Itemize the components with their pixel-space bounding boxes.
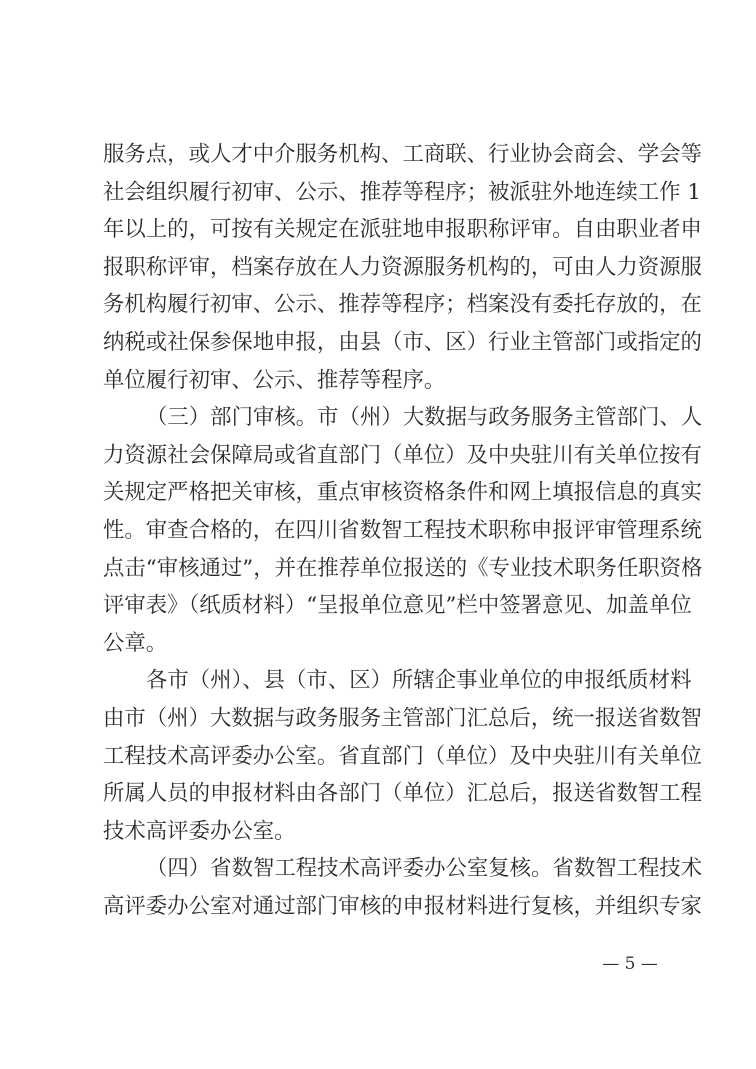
text-line: 高评委办公室对通过部门审核的申报材料进行复核，并组织专家 bbox=[103, 888, 659, 926]
document-page: 服务点，或人才中介服务机构、工商联、行业协会商会、学会等 社会组织履行初审、公示… bbox=[0, 0, 756, 1069]
section-heading-line: （三）部门审核。市（州）大数据与政务服务主管部门、人 bbox=[103, 399, 659, 437]
text-line: 所属人员的申报材料由各部门（单位）汇总后，报送省数智工程 bbox=[103, 775, 659, 813]
text-line: 单位履行初审、公示、推荐等程序。 bbox=[103, 362, 659, 400]
paragraph-start-line: 各市（州）、县（市、区）所辖企事业单位的申报纸质材料 bbox=[103, 662, 659, 700]
text-line: 由市（州）大数据与政务服务主管部门汇总后，统一报送省数智 bbox=[103, 700, 659, 738]
text-line: 纳税或社保参保地申报，由县（市、区）行业主管部门或指定的 bbox=[103, 324, 659, 362]
text-line: 服务点，或人才中介服务机构、工商联、行业协会商会、学会等 bbox=[103, 136, 659, 174]
text-line: 工程技术高评委办公室。省直部门（单位）及中央驻川有关单位 bbox=[103, 738, 659, 776]
body-text: 服务点，或人才中介服务机构、工商联、行业协会商会、学会等 社会组织履行初审、公示… bbox=[103, 136, 659, 925]
section-heading-line: （四）省数智工程技术高评委办公室复核。省数智工程技术 bbox=[103, 850, 659, 888]
text-line: 务机构履行初审、公示、推荐等程序；档案没有委托存放的，在 bbox=[103, 286, 659, 324]
text-line: 点击“审核通过”，并在推荐单位报送的《专业技术职务任职资格 bbox=[103, 550, 659, 588]
page-number: — 5 — bbox=[598, 952, 662, 976]
text-line: 报职称评审，档案存放在人力资源服务机构的，可由人力资源服 bbox=[103, 249, 659, 287]
text-line: 年以上的，可按有关规定在派驻地申报职称评审。自由职业者申 bbox=[103, 211, 659, 249]
text-line: 性。审查合格的，在四川省数智工程技术职称申报评审管理系统 bbox=[103, 512, 659, 550]
text-line: 公章。 bbox=[103, 625, 659, 663]
text-line: 评审表》（纸质材料）“呈报单位意见”栏中签署意见、加盖单位 bbox=[103, 587, 659, 625]
text-line: 关规定严格把关审核，重点审核资格条件和网上填报信息的真实 bbox=[103, 474, 659, 512]
text-line: 技术高评委办公室。 bbox=[103, 813, 659, 851]
text-line: 社会组织履行初审、公示、推荐等程序；被派驻外地连续工作 1 bbox=[103, 174, 659, 212]
text-line: 力资源社会保障局或省直部门（单位）及中央驻川有关单位按有 bbox=[103, 437, 659, 475]
